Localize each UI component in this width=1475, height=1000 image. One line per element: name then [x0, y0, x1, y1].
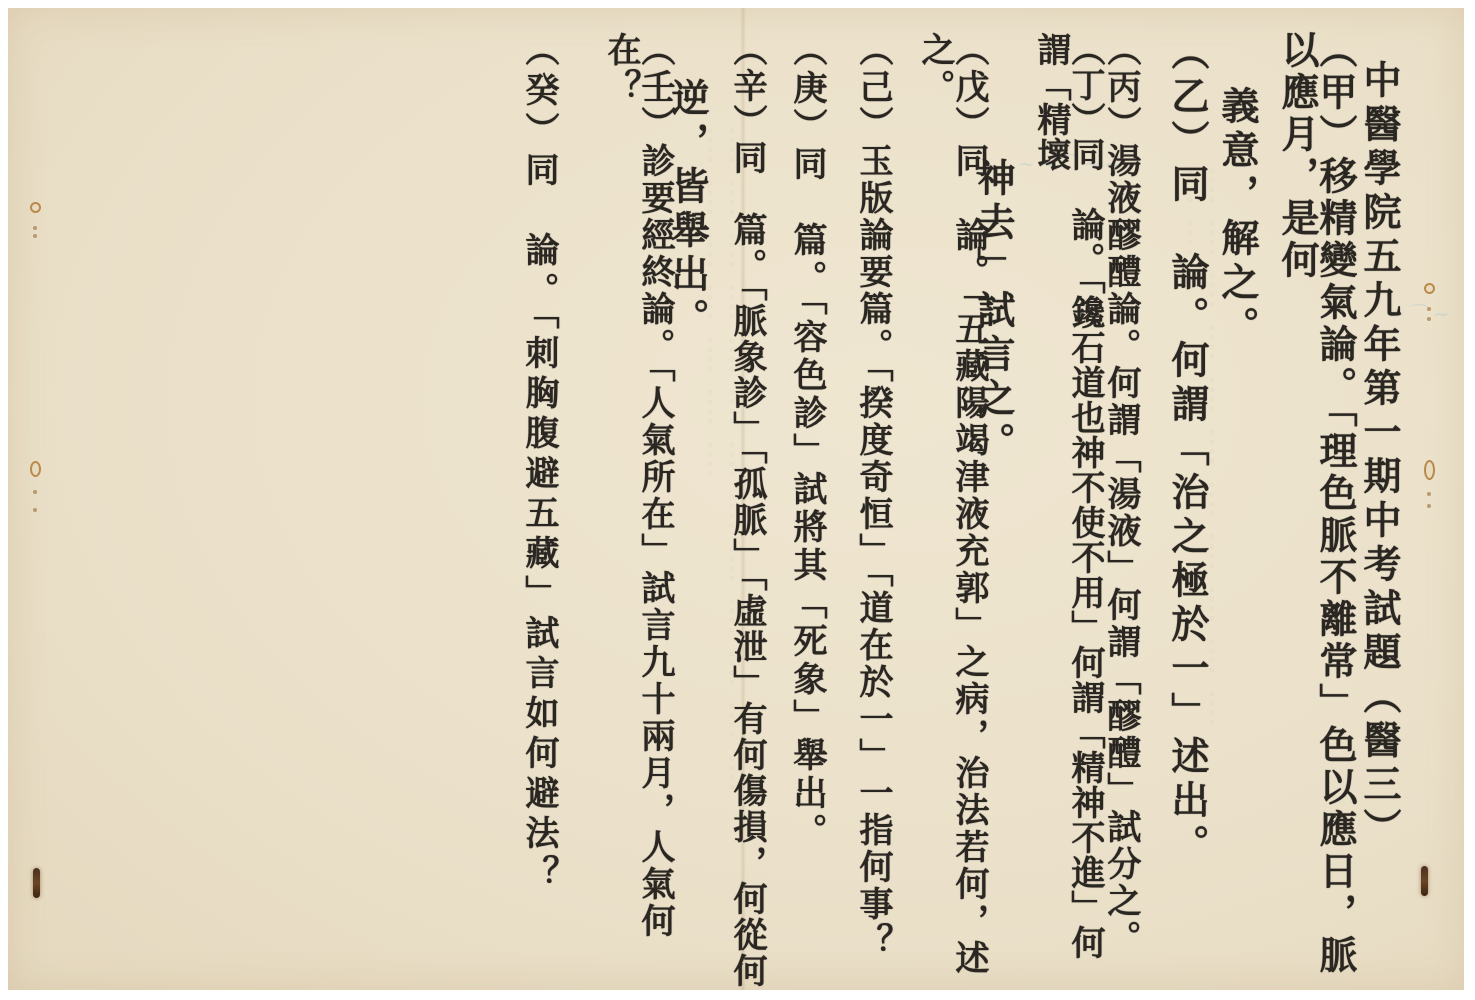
binding-hole: [30, 202, 41, 213]
question-7: （庚）同 篇。「容色診」試將其「死象」舉出。: [790, 32, 824, 851]
question-4: （丁）同 論。「鑱石道也神不使不用」何謂「精神不進」何謂「精壞: [1034, 32, 1102, 990]
binding-hole-dot: [1427, 317, 1431, 321]
binding-hole: [30, 461, 41, 477]
question-3: （丙）湯液醪醴論。何謂「湯液」何謂「醪醴」試分之。: [1104, 32, 1138, 957]
question-1-continued: 義意，解之。: [1218, 86, 1256, 350]
binding-hole-dot: [33, 508, 37, 512]
binding-hole-dot: [1427, 504, 1431, 508]
exam-title: 中醫學院五九年第一期中考試題（醫三）: [1360, 60, 1398, 852]
question-8: （辛）同 篇。「脈象診」「孤脈」「虛泄」有何傷損，何從何: [730, 32, 764, 989]
manuscript-page: 。。。。 。。。。 。。。。 。。。。 。。。。 。。。。 。。。。 。。。。 …: [8, 8, 1464, 990]
question-10: （癸）同 論。「刺胸腹避五藏」試言如何避法？: [522, 32, 556, 895]
binding-hole-dot: [33, 226, 37, 230]
question-6: （己）玉版論要篇。「揆度奇恒」「道在於一」一指何事？: [856, 32, 890, 960]
binding-hole-dot: [1427, 492, 1431, 496]
binding-hole-dot: [33, 234, 37, 238]
binding-hole: [1424, 283, 1435, 294]
rust-staple-mark: [33, 868, 40, 898]
question-1: （甲）移精變氣論。「理色脈不離常」色以應日，脈以應月，是何: [1278, 30, 1354, 990]
rust-staple-mark: [1421, 866, 1428, 896]
binding-hole-dot: [1427, 307, 1431, 311]
binding-hole-dot: [33, 490, 37, 494]
question-9: （壬）診要經終論。「人氣所在」試言九十兩月，人氣何在？: [604, 32, 672, 990]
binding-hole: [1424, 460, 1435, 480]
question-5: （戊）同 論。「五藏陽竭津液充郭」之病，治法若何，述之。: [918, 32, 986, 990]
question-2: （乙）同 論。何謂「治之極於一」述出。: [1168, 32, 1206, 868]
